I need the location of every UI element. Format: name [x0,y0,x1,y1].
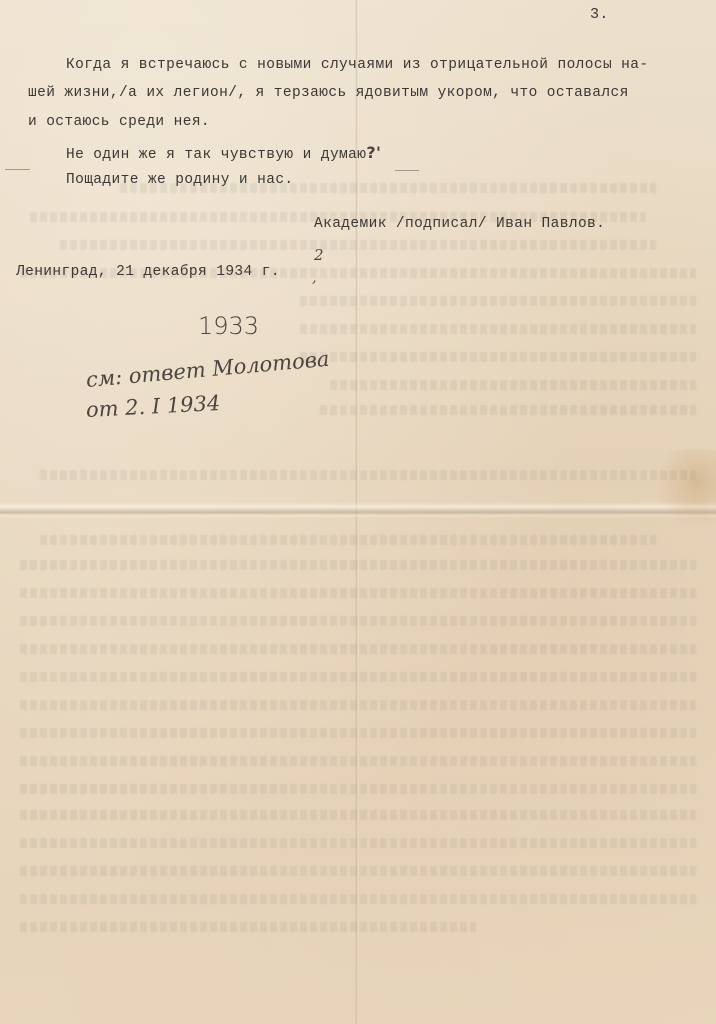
bleed-through-line [20,784,696,794]
page-number: 3. [590,6,609,23]
bleed-through-line [20,866,696,876]
bleed-through-line [300,324,696,334]
bleed-through-line [20,588,696,598]
paragraph-1-line-3: и остаюсь среди нея. [28,114,210,130]
bleed-through-line [20,810,696,820]
question-annotation: ?' [366,143,381,162]
paragraph-1-line-1: Когда я встречаюсь с новыми случаями из … [66,57,649,73]
bleed-through-line [20,644,696,654]
bleed-through-line [20,700,696,710]
place-date: Ленинград, 21 декабря 1934 г. [16,264,280,280]
document-page: 3. Когда я встречаюсь с новыми случаями … [0,0,716,1024]
bleed-through-line [20,728,696,738]
paragraph-3-line-1: Пощадите же родину и нас. [66,172,294,188]
bleed-through-line [20,560,696,570]
bleed-through-line [20,894,696,904]
bleed-through-line [20,756,696,766]
bleed-through-line [40,470,696,480]
bleed-through-line [20,616,696,626]
bleed-through-line [300,296,696,306]
bleed-through-line [20,838,696,848]
paragraph-1-line-2: шей жизни,/а их легион/, я терзаюсь ядов… [28,85,629,101]
bleed-through-line [20,672,696,682]
horizontal-fold [0,502,716,518]
date-annotation-tick: ‚ [312,270,316,286]
paper-stain [656,450,716,530]
underline-mark [395,170,419,171]
bleed-through-line [40,535,656,545]
handwritten-note-line-2: от 2. I 1934 [85,391,220,422]
bleed-through-line [320,405,696,415]
handwritten-note-line-1: см: ответ Молотова [85,347,330,392]
margin-mark [5,169,30,170]
bleed-through-line [20,922,476,932]
bleed-through-line [60,240,656,250]
paragraph-2-line-1: Не один же я так чувствую и думаю?' [66,143,381,163]
handwritten-year-correction: 1933 [198,312,259,340]
signature: Академик /подписал/ Иван Павлов. [314,216,605,232]
paragraph-2-text: Не один же я так чувствую и думаю [66,147,366,163]
date-annotation: 2 [314,246,324,264]
bleed-through-line [330,380,696,390]
bleed-through-line [300,352,696,362]
